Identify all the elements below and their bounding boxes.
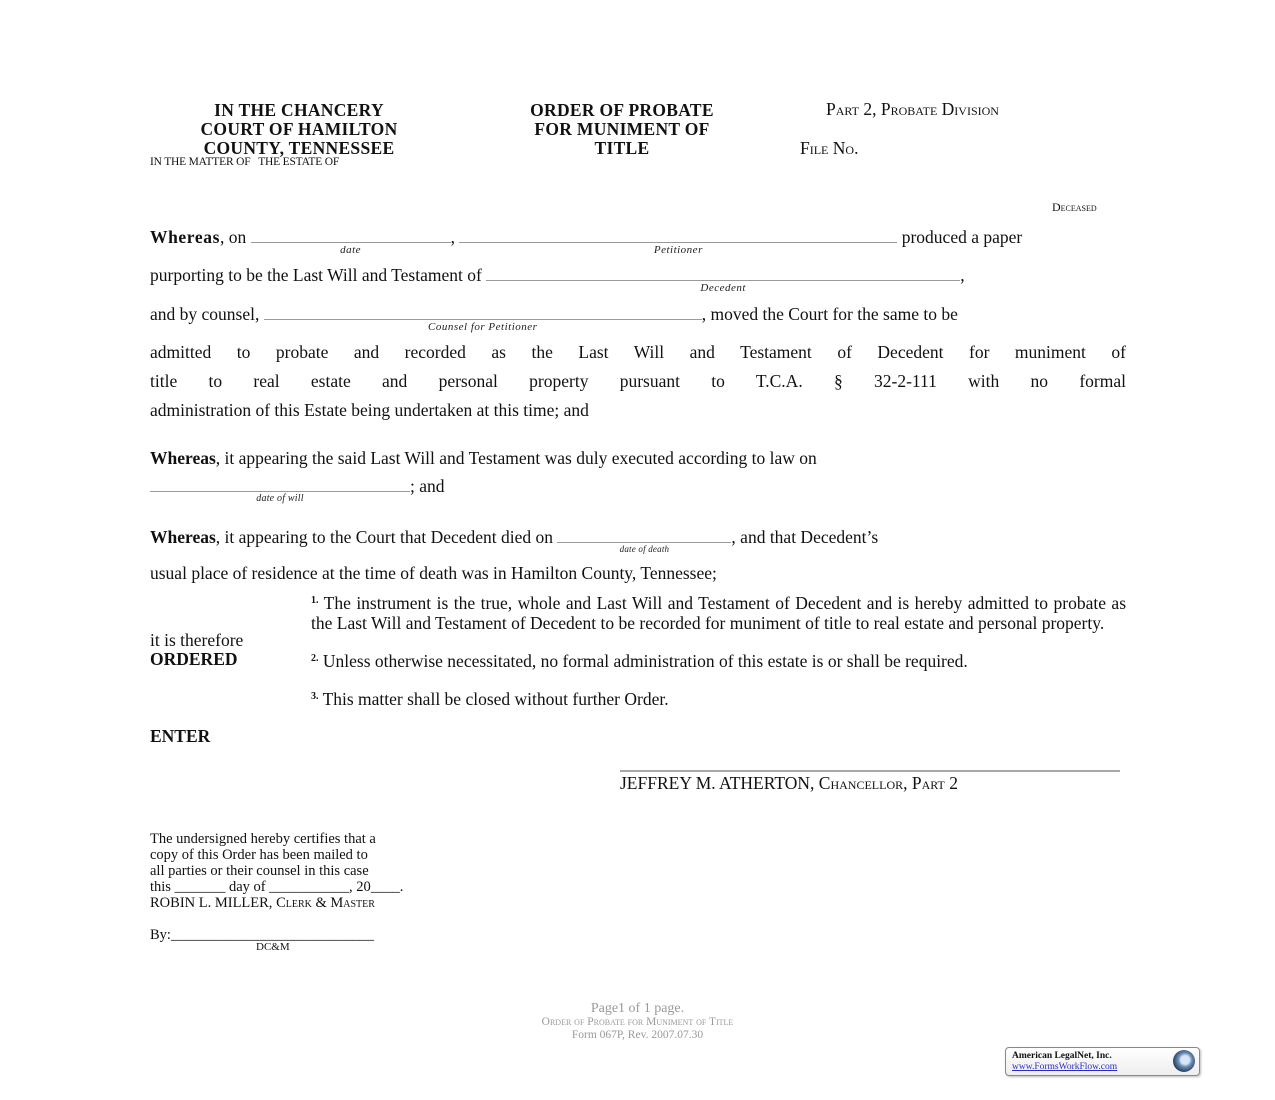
signature-line[interactable]	[620, 770, 1120, 772]
petitioner-caption: Petitioner	[459, 244, 897, 256]
counsel-field[interactable]: Counsel for Petitioner	[264, 307, 702, 320]
paragraph-3-line-1: Whereas, it appearing to the Court that …	[150, 527, 878, 548]
counsel-caption: Counsel for Petitioner	[264, 321, 702, 333]
file-no-label: File No.	[800, 138, 858, 159]
paragraph-3-text: , it appearing to the Court that Deceden…	[216, 527, 553, 547]
chancellor-name: JEFFREY M. ATHERTON,	[620, 773, 814, 793]
item-number: 3.	[311, 691, 319, 702]
by-label: By:	[150, 927, 171, 943]
division-label: Part 2, Probate Division	[826, 99, 999, 120]
date-field[interactable]: date	[251, 230, 451, 243]
document-title: ORDER OF PROBATE FOR MUNIMENT OF TITLE	[478, 101, 766, 158]
chancellor-signature: JEFFREY M. ATHERTON, Chancellor, Part 2	[620, 773, 958, 794]
court-name: IN THE CHANCERY COURT OF HAMILTON COUNTY…	[150, 101, 448, 158]
ordered-item-1: 1. The instrument is the true, whole and…	[311, 591, 1126, 633]
certificate-line: all parties or their counsel in this cas…	[150, 863, 490, 879]
ordered-lead: it is therefore	[150, 630, 243, 651]
on-text: , on	[220, 227, 246, 247]
court-line-1: IN THE CHANCERY	[150, 101, 448, 120]
whereas-label: Whereas	[150, 448, 216, 468]
certificate-line: The undersigned hereby certifies that a	[150, 831, 490, 847]
paragraph-1-line-4: admitted to probate and recorded as the …	[150, 342, 1126, 363]
footer-form-number: Form 067P, Rev. 2007.07.30	[0, 1029, 1275, 1041]
whereas-label: Whereas	[150, 227, 220, 247]
paragraph-1-line-2: purporting to be the Last Will and Testa…	[150, 265, 965, 286]
ordered-item-3: 3. This matter shall be closed without f…	[311, 687, 1126, 710]
dcm-label: DC&M	[256, 941, 290, 953]
item-text: This matter shall be closed without furt…	[323, 689, 669, 709]
ordered-label: ORDERED	[150, 649, 238, 670]
badge-url-link[interactable]: www.FormsWorkFlow.com	[1012, 1062, 1117, 1072]
certificate-date-line: this _______ day of ___________, 20____.	[150, 879, 490, 895]
footer-form-title: Order of Probate for Muniment of Title	[0, 1016, 1275, 1028]
ordered-item-2: 2. Unless otherwise necessitated, no for…	[311, 649, 1126, 672]
date-of-death-field[interactable]: date of death	[557, 530, 731, 543]
title-line-2: FOR MUNIMENT OF	[478, 120, 766, 139]
date-caption: date	[251, 244, 451, 256]
date-of-will-field[interactable]: date of will	[150, 479, 410, 492]
decedent-field[interactable]: Decedent	[486, 268, 960, 281]
whereas-label: Whereas	[150, 527, 216, 547]
paragraph-3-line-2: usual place of residence at the time of …	[150, 563, 717, 584]
paragraph-3-tail: , and that Decedent’s	[731, 527, 878, 547]
comma: ,	[451, 227, 455, 247]
page-number: Page1 of 1 page.	[0, 1001, 1275, 1017]
counsel-text: and by counsel,	[150, 304, 259, 324]
comma: ,	[960, 265, 964, 285]
clerk-name: ROBIN L. MILLER,	[150, 895, 272, 911]
certificate-line: copy of this Order has been mailed to	[150, 847, 490, 863]
paragraph-1-line-5: title to real estate and personal proper…	[150, 371, 1126, 392]
by-line: By:____________________________	[150, 927, 490, 943]
matter-line: IN THE MATTER OF THE ESTATE OF	[150, 156, 339, 168]
purporting-text: purporting to be the Last Will and Testa…	[150, 265, 482, 285]
date-of-will-caption: date of will	[150, 493, 410, 504]
petitioner-field[interactable]: Petitioner	[459, 230, 897, 243]
chancellor-title: Chancellor, Part 2	[819, 773, 958, 793]
moved-text: , moved the Court for the same to be	[702, 304, 958, 324]
legalnet-badge[interactable]: American LegalNet, Inc. www.FormsWorkFlo…	[1005, 1047, 1200, 1076]
certificate-block: The undersigned hereby certifies that a …	[150, 831, 490, 911]
item-text: The instrument is the true, whole and La…	[311, 593, 1126, 633]
paragraph-1-line-6: administration of this Estate being unde…	[150, 400, 589, 421]
globe-logo-icon	[1173, 1050, 1195, 1072]
date-of-death-caption: date of death	[557, 544, 731, 554]
item-number: 2.	[311, 653, 319, 664]
paragraph-2-tail: ; and	[410, 476, 445, 496]
paragraph-1-line-3: and by counsel, Counsel for Petitioner, …	[150, 304, 958, 325]
paragraph-2-line-1: Whereas, it appearing the said Last Will…	[150, 448, 817, 469]
enter-label: ENTER	[150, 726, 210, 747]
decedent-caption: Decedent	[486, 282, 960, 294]
badge-company: American LegalNet, Inc.	[1012, 1051, 1112, 1061]
paragraph-1-line-1: Whereas, on date, Petitioner produced a …	[150, 227, 1022, 248]
clerk-title: Clerk & Master	[276, 895, 375, 911]
clerk-line: ROBIN L. MILLER, Clerk & Master	[150, 895, 490, 911]
produced-text: produced a paper	[902, 227, 1023, 247]
title-line-1: ORDER OF PROBATE	[478, 101, 766, 120]
title-line-3: TITLE	[478, 139, 766, 158]
item-text: Unless otherwise necessitated, no formal…	[323, 651, 968, 671]
paragraph-2-text: , it appearing the said Last Will and Te…	[216, 448, 817, 468]
deceased-label: Deceased	[1052, 200, 1097, 215]
item-number: 1.	[311, 595, 319, 606]
paragraph-2-line-2: date of will; and	[150, 476, 445, 497]
court-line-2: COURT OF HAMILTON	[150, 120, 448, 139]
